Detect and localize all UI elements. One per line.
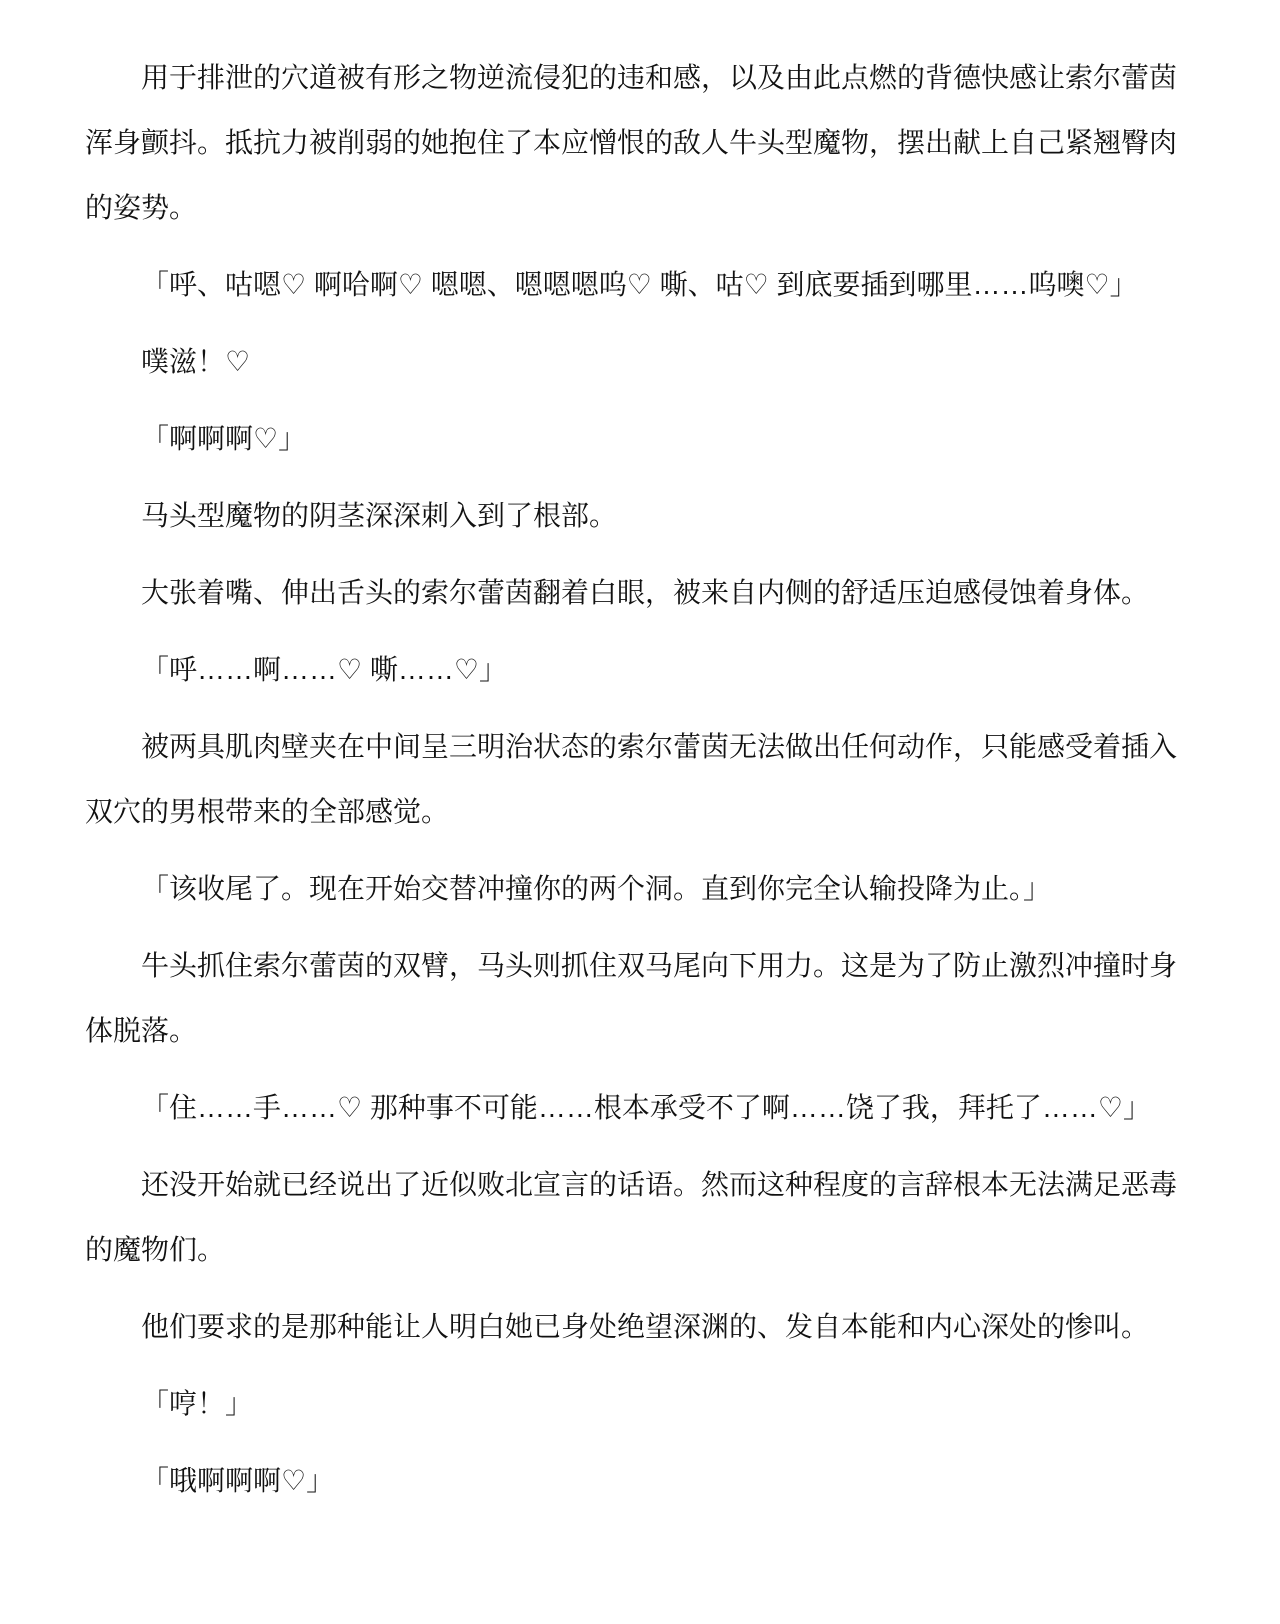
paragraph: 「啊啊啊♡」 — [85, 406, 1167, 471]
paragraph: 用于排泄的穴道被有形之物逆流侵犯的违和感，以及由此点燃的背德快感让索尔蕾茵浑身颤… — [85, 45, 1167, 240]
paragraph-line: 「哼！」 — [85, 1371, 1167, 1436]
paragraph-line: 他们要求的是那种能让人明白她已身处绝望深渊的、发自本能和内心深处的惨叫。 — [85, 1294, 1167, 1359]
paragraph: 「呼……啊……♡ 嘶……♡」 — [85, 637, 1167, 702]
paragraph-line: 「呼……啊……♡ 嘶……♡」 — [85, 637, 1167, 702]
paragraph: 牛头抓住索尔蕾茵的双臂，马头则抓住双马尾向下用力。这是为了防止激烈冲撞时身体脱落… — [85, 933, 1167, 1063]
paragraph: 「住……手……♡ 那种事不可能……根本承受不了啊……饶了我，拜托了……♡」 — [85, 1075, 1167, 1140]
paragraph-line: 「啊啊啊♡」 — [85, 406, 1167, 471]
paragraph-line: 马头型魔物的阴茎深深刺入到了根部。 — [85, 483, 1167, 548]
paragraph-line: 大张着嘴、伸出舌头的索尔蕾茵翻着白眼，被来自内侧的舒适压迫感侵蚀着身体。 — [85, 560, 1167, 625]
paragraph-line: 「哦啊啊啊♡」 — [85, 1448, 1167, 1513]
paragraph: 「呼、咕嗯♡ 啊哈啊♡ 嗯嗯、嗯嗯嗯呜♡ 嘶、咕♡ 到底要插到哪里……呜噢♡」 — [85, 252, 1167, 317]
paragraph-line: 双穴的男根带来的全部感觉。 — [85, 779, 1167, 844]
document-page: 用于排泄的穴道被有形之物逆流侵犯的违和感，以及由此点燃的背德快感让索尔蕾茵浑身颤… — [0, 0, 1280, 1624]
paragraph-line: 用于排泄的穴道被有形之物逆流侵犯的违和感，以及由此点燃的背德快感让索尔蕾茵 — [85, 45, 1167, 110]
paragraph: 马头型魔物的阴茎深深刺入到了根部。 — [85, 483, 1167, 548]
paragraph: 噗滋！♡ — [85, 329, 1167, 394]
paragraph-line: 「呼、咕嗯♡ 啊哈啊♡ 嗯嗯、嗯嗯嗯呜♡ 嘶、咕♡ 到底要插到哪里……呜噢♡」 — [85, 252, 1167, 317]
paragraph: 还没开始就已经说出了近似败北宣言的话语。然而这种程度的言辞根本无法满足恶毒的魔物… — [85, 1152, 1167, 1282]
paragraph-line: 被两具肌肉壁夹在中间呈三明治状态的索尔蕾茵无法做出任何动作，只能感受着插入 — [85, 714, 1167, 779]
paragraph-line: 牛头抓住索尔蕾茵的双臂，马头则抓住双马尾向下用力。这是为了防止激烈冲撞时身 — [85, 933, 1167, 998]
paragraph: 「该收尾了。现在开始交替冲撞你的两个洞。直到你完全认输投降为止。」 — [85, 856, 1167, 921]
paragraph-line: 「住……手……♡ 那种事不可能……根本承受不了啊……饶了我，拜托了……♡」 — [85, 1075, 1167, 1140]
document-body: 用于排泄的穴道被有形之物逆流侵犯的违和感，以及由此点燃的背德快感让索尔蕾茵浑身颤… — [85, 45, 1167, 1513]
paragraph: 被两具肌肉壁夹在中间呈三明治状态的索尔蕾茵无法做出任何动作，只能感受着插入双穴的… — [85, 714, 1167, 844]
paragraph-line: 「该收尾了。现在开始交替冲撞你的两个洞。直到你完全认输投降为止。」 — [85, 856, 1167, 921]
paragraph: 大张着嘴、伸出舌头的索尔蕾茵翻着白眼，被来自内侧的舒适压迫感侵蚀着身体。 — [85, 560, 1167, 625]
paragraph-line: 噗滋！♡ — [85, 329, 1167, 394]
paragraph: 「哼！」 — [85, 1371, 1167, 1436]
paragraph-line: 浑身颤抖。抵抗力被削弱的她抱住了本应憎恨的敌人牛头型魔物，摆出献上自己紧翘臀肉 — [85, 110, 1167, 175]
paragraph-line: 体脱落。 — [85, 998, 1167, 1063]
paragraph: 「哦啊啊啊♡」 — [85, 1448, 1167, 1513]
paragraph: 他们要求的是那种能让人明白她已身处绝望深渊的、发自本能和内心深处的惨叫。 — [85, 1294, 1167, 1359]
paragraph-line: 还没开始就已经说出了近似败北宣言的话语。然而这种程度的言辞根本无法满足恶毒 — [85, 1152, 1167, 1217]
paragraph-line: 的魔物们。 — [85, 1217, 1167, 1282]
paragraph-line: 的姿势。 — [85, 175, 1167, 240]
